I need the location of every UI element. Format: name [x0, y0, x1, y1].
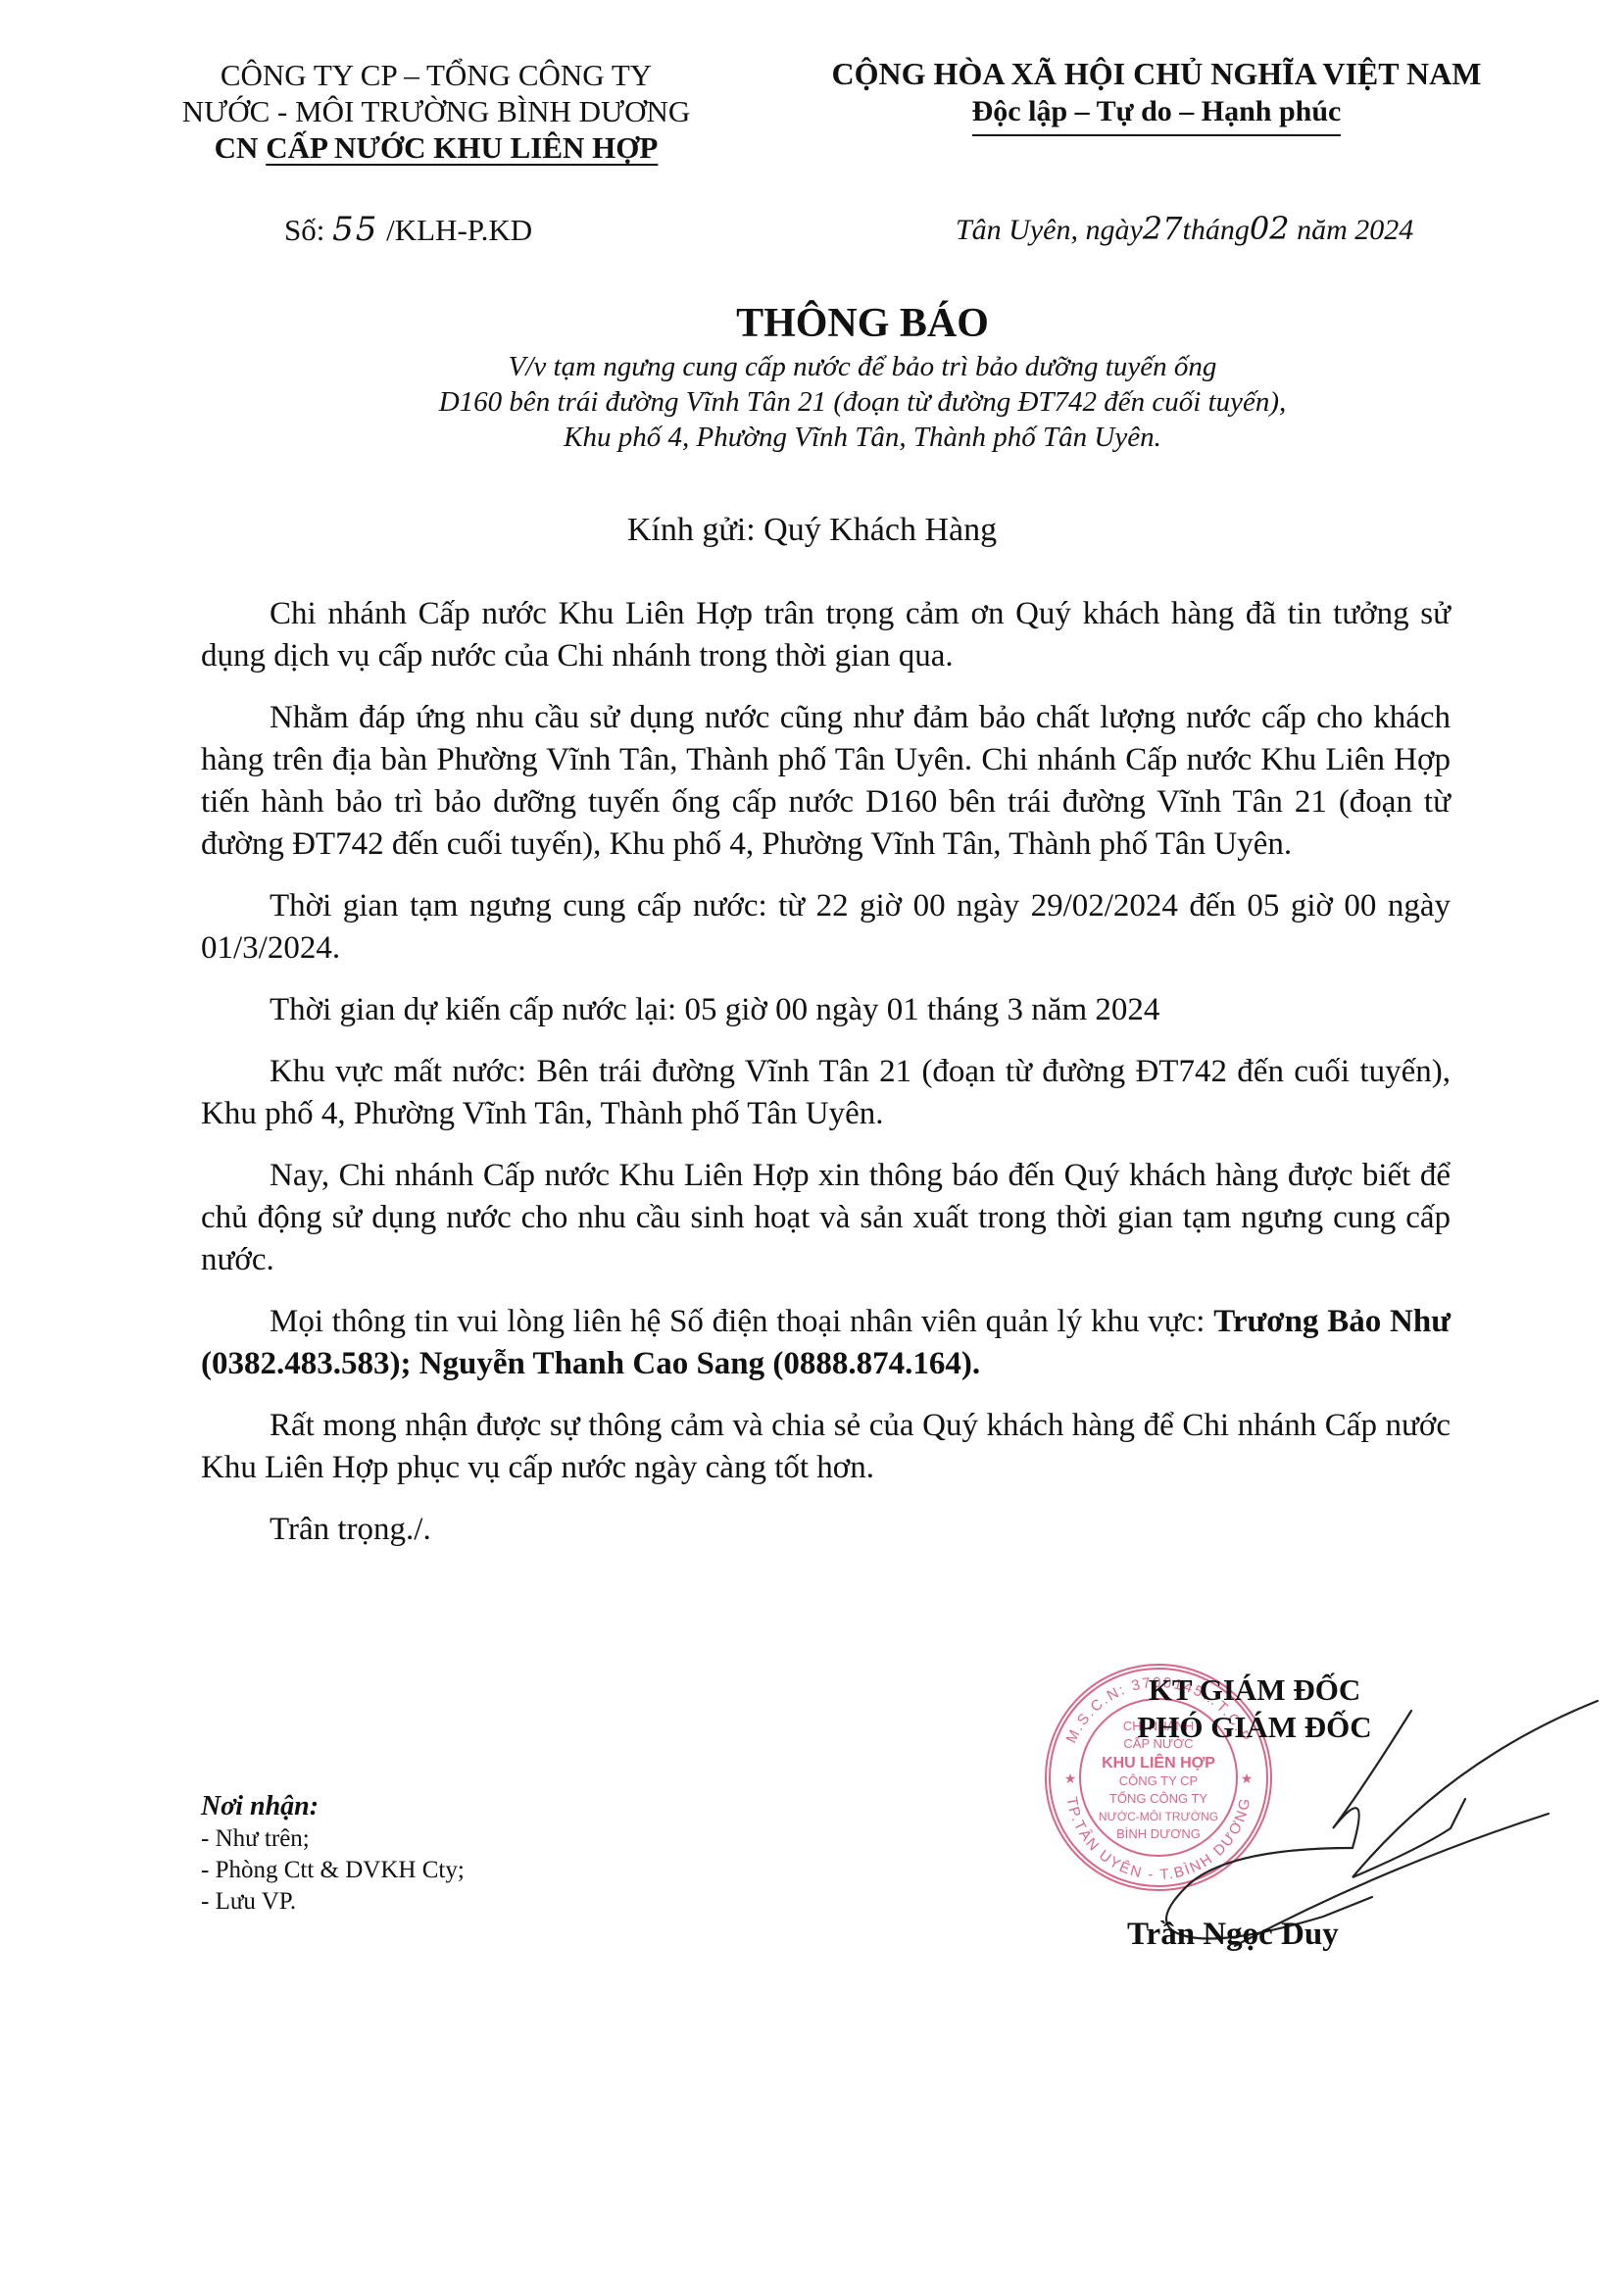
parent-company-line-1: CÔNG TY CP – TỔNG CÔNG TY: [147, 57, 725, 93]
outage-period: Thời gian tạm ngưng cung cấp nước: từ 22…: [201, 885, 1451, 970]
recipients-heading: Nơi nhận:: [201, 1790, 465, 1823]
recipients-list: Nơi nhận: - Như trên; - Phòng Ctt & DVKH…: [201, 1790, 465, 1918]
handwritten-signature-icon: [1127, 1681, 1617, 1956]
branch-name-line: CN CẤP NƯỚC KHU LIÊN HỢP: [147, 129, 725, 166]
body-paragraph: Nhằm đáp ứng nhu cầu sử dụng nước cũng n…: [201, 697, 1451, 866]
signer-name: Trần Ngọc Duy: [1127, 1917, 1339, 1953]
national-motto: Độc lập – Tự do – Hạnh phúc: [972, 93, 1342, 136]
letter-body: Chi nhánh Cấp nước Khu Liên Hợp trân trọ…: [201, 593, 1451, 1571]
number-handwritten: 55: [332, 210, 378, 249]
month-handwritten: 02: [1250, 210, 1290, 247]
subject-line: D160 bên trái đường Vĩnh Tân 21 (đoạn từ…: [294, 384, 1431, 420]
document-number: Số: 55 /KLH-P.KD: [284, 210, 532, 249]
day-handwritten: 27: [1143, 210, 1183, 247]
number-label: Số:: [284, 213, 324, 247]
contact-paragraph: Mọi thông tin vui lòng liên hệ Số điện t…: [201, 1301, 1451, 1385]
body-paragraph: Nay, Chi nhánh Cấp nước Khu Liên Hợp xin…: [201, 1155, 1451, 1281]
parent-company-line-2: NƯỚC - MÔI TRƯỜNG BÌNH DƯƠNG: [147, 93, 725, 129]
issuer-header: CÔNG TY CP – TỔNG CÔNG TY NƯỚC - MÔI TRƯ…: [147, 57, 725, 166]
place-date: Tân Uyên, ngày27tháng02 năm 2024: [956, 210, 1413, 247]
recipient-item: - Lưu VP.: [201, 1886, 465, 1918]
year-text: năm 2024: [1297, 214, 1413, 246]
recipient-item: - Như trên;: [201, 1823, 465, 1855]
branch-prefix: CN: [215, 130, 267, 165]
subject-line: Khu phố 4, Phường Vĩnh Tân, Thành phố Tâ…: [294, 420, 1431, 455]
subject-line-text: Khu phố 4, Phường Vĩnh Tân, Thành phố Tâ…: [564, 422, 1161, 453]
regards: Trân trọng./.: [201, 1509, 1451, 1551]
closing-paragraph: Rất mong nhận được sự thông cảm và chia …: [201, 1405, 1451, 1489]
restore-time: Thời gian dự kiến cấp nước lại: 05 giờ 0…: [201, 989, 1451, 1031]
subject-line: V/v tạm ngưng cung cấp nước để bảo trì b…: [294, 349, 1431, 384]
contact-intro: Mọi thông tin vui lòng liên hệ Số điện t…: [270, 1304, 1205, 1339]
outage-area: Khu vực mất nước: Bên trái đường Vĩnh Tâ…: [201, 1051, 1451, 1135]
month-label: tháng: [1183, 214, 1250, 246]
nation-title: CỘNG HÒA XÃ HỘI CHỦ NGHĨA VIỆT NAM: [804, 54, 1509, 93]
title-block: THÔNG BÁO V/v tạm ngưng cung cấp nước để…: [294, 298, 1431, 455]
number-suffix: /KLH-P.KD: [386, 213, 532, 247]
place-date-prefix: Tân Uyên, ngày: [956, 214, 1143, 246]
salutation: Kính gửi: Quý Khách Hàng: [0, 512, 1624, 549]
recipient-item: - Phòng Ctt & DVKH Cty;: [201, 1855, 465, 1886]
national-header: CỘNG HÒA XÃ HỘI CHỦ NGHĨA VIỆT NAM Độc l…: [804, 54, 1509, 136]
branch-name: CẤP NƯỚC KHU LIÊN HỢP: [266, 130, 658, 165]
document-subject: V/v tạm ngưng cung cấp nước để bảo trì b…: [294, 349, 1431, 455]
body-paragraph: Chi nhánh Cấp nước Khu Liên Hợp trân trọ…: [201, 593, 1451, 677]
document-title: THÔNG BÁO: [294, 298, 1431, 349]
svg-text:★: ★: [1064, 1771, 1077, 1786]
